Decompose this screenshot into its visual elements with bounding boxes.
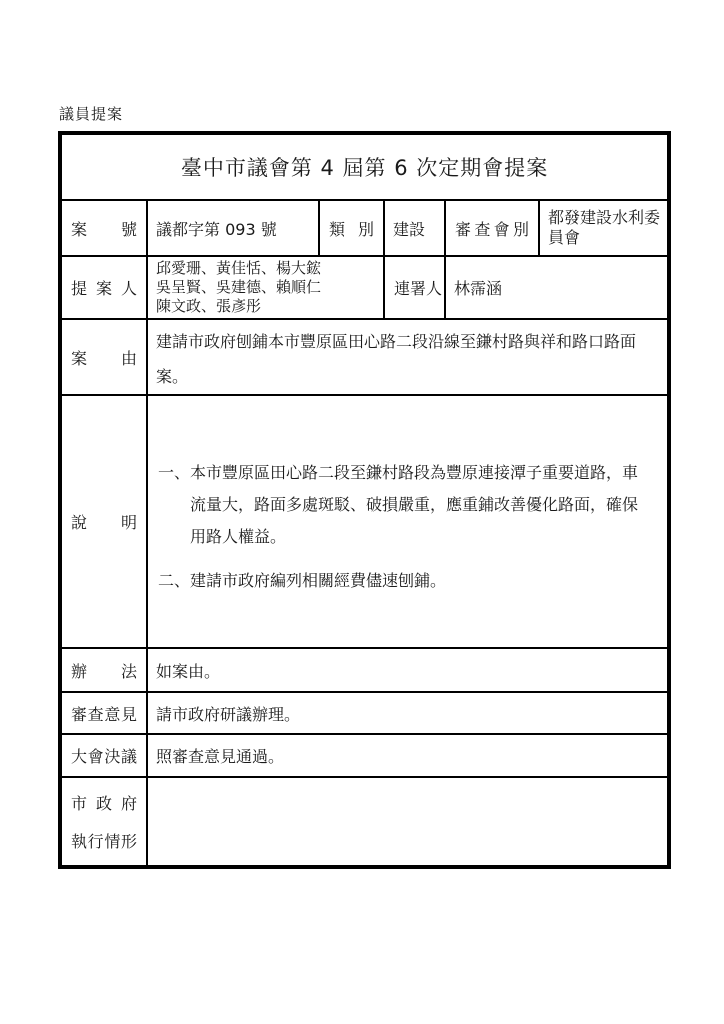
committee-value-cell: 都發建設水利委員會: [539, 200, 669, 256]
case-number-label: 案號: [62, 217, 146, 240]
description-value-cell: 一、本市豐原區田心路二段至鎌村路段為豐原連接潭子重要道路，車流量大，路面多處斑駁…: [147, 395, 669, 648]
category-value-cell: 建設: [384, 200, 445, 256]
form-title-row: 臺中市議會第 4 屆第 6 次定期會提案: [60, 133, 669, 200]
review-row: 審查意見 請市政府研議辦理。: [60, 692, 669, 734]
document-page: 議員提案 臺中市議會第 4 屆第 6 次定期會提案 案號 議都字第 093 號 …: [0, 0, 724, 1024]
proposer-names-cell: 邱愛珊、黃佳恬、楊大鋐 吳呈賢、吳建德、賴順仁 陳文政、張彥彤: [147, 256, 384, 319]
reason-value: 建請市政府刨鋪本市豐原區田心路二段沿線至鎌村路與祥和路口路面案。: [148, 320, 650, 394]
committee-label: 審查會別: [446, 217, 538, 240]
method-row: 辦法 如案由。: [60, 648, 669, 692]
execution-label-line2: 執行情形: [71, 829, 137, 852]
review-label-cell: 審查意見: [60, 692, 147, 734]
category-value: 建設: [385, 217, 444, 240]
resolution-label: 大會決議: [62, 744, 146, 767]
proposer-label-cell: 提案人: [60, 256, 147, 319]
execution-value-cell: [147, 777, 669, 867]
description-row: 說明 一、本市豐原區田心路二段至鎌村路段為豐原連接潭子重要道路，車流量大，路面多…: [60, 395, 669, 648]
proposer-name-line: 邱愛珊、黃佳恬、楊大鋐: [156, 259, 375, 278]
description-label-cell: 說明: [60, 395, 147, 648]
proposer-name-line: 陳文政、張彥彤: [156, 297, 375, 316]
execution-label-line1: 市政府: [71, 791, 137, 814]
proposer-name-line: 吳呈賢、吳建德、賴順仁: [156, 278, 375, 297]
description-label: 說明: [62, 510, 146, 533]
execution-row: 市政府 執行情形: [60, 777, 669, 867]
method-label-cell: 辦法: [60, 648, 147, 692]
method-label: 辦法: [62, 659, 146, 682]
description-item: 二、建請市政府編列相關經費儘速刨鋪。: [158, 565, 646, 597]
resolution-value-cell: 照審查意見通過。: [147, 734, 669, 777]
document-type-label: 議員提案: [59, 103, 123, 124]
method-value-cell: 如案由。: [147, 648, 669, 692]
execution-label: 市政府 執行情形: [62, 778, 146, 865]
resolution-row: 大會決議 照審查意見通過。: [60, 734, 669, 777]
resolution-value: 照審查意見通過。: [148, 744, 667, 767]
cosigner-value: 林霈涵: [446, 276, 667, 299]
description-item: 一、本市豐原區田心路二段至鎌村路段為豐原連接潭子重要道路，車流量大，路面多處斑駁…: [158, 457, 646, 553]
resolution-label-cell: 大會決議: [60, 734, 147, 777]
cosigner-label-cell: 連署人: [384, 256, 445, 319]
proposer-row: 提案人 邱愛珊、黃佳恬、楊大鋐 吳呈賢、吳建德、賴順仁 陳文政、張彥彤 連署人 …: [60, 256, 669, 319]
reason-row: 案由 建請市政府刨鋪本市豐原區田心路二段沿線至鎌村路與祥和路口路面案。: [60, 319, 669, 395]
review-label: 審查意見: [62, 702, 146, 725]
category-label-cell: 類別: [319, 200, 384, 256]
category-label: 類別: [320, 217, 383, 240]
reason-label-cell: 案由: [60, 319, 147, 395]
committee-label-cell: 審查會別: [445, 200, 539, 256]
execution-label-cell: 市政府 執行情形: [60, 777, 147, 867]
proposer-label: 提案人: [62, 276, 146, 299]
proposer-names: 邱愛珊、黃佳恬、楊大鋐 吳呈賢、吳建德、賴順仁 陳文政、張彥彤: [148, 257, 383, 318]
proposal-form-table: 臺中市議會第 4 屆第 6 次定期會提案 案號 議都字第 093 號 類別 建設…: [58, 131, 671, 869]
reason-value-cell: 建請市政府刨鋪本市豐原區田心路二段沿線至鎌村路與祥和路口路面案。: [147, 319, 669, 395]
description-items: 一、本市豐原區田心路二段至鎌村路段為豐原連接潭子重要道路，車流量大，路面多處斑駁…: [148, 446, 667, 597]
form-title: 臺中市議會第 4 屆第 6 次定期會提案: [60, 133, 669, 200]
review-value: 請市政府研議辦理。: [148, 702, 667, 725]
cosigner-label: 連署人: [385, 276, 444, 299]
case-number-value: 議都字第 093 號: [148, 217, 318, 240]
reason-label: 案由: [62, 346, 146, 369]
case-number-value-cell: 議都字第 093 號: [147, 200, 319, 256]
cosigner-value-cell: 林霈涵: [445, 256, 669, 319]
method-value: 如案由。: [148, 659, 667, 682]
case-number-row: 案號 議都字第 093 號 類別 建設 審查會別 都發建設水利委員會: [60, 200, 669, 256]
committee-value: 都發建設水利委員會: [540, 208, 667, 248]
review-value-cell: 請市政府研議辦理。: [147, 692, 669, 734]
case-number-label-cell: 案號: [60, 200, 147, 256]
